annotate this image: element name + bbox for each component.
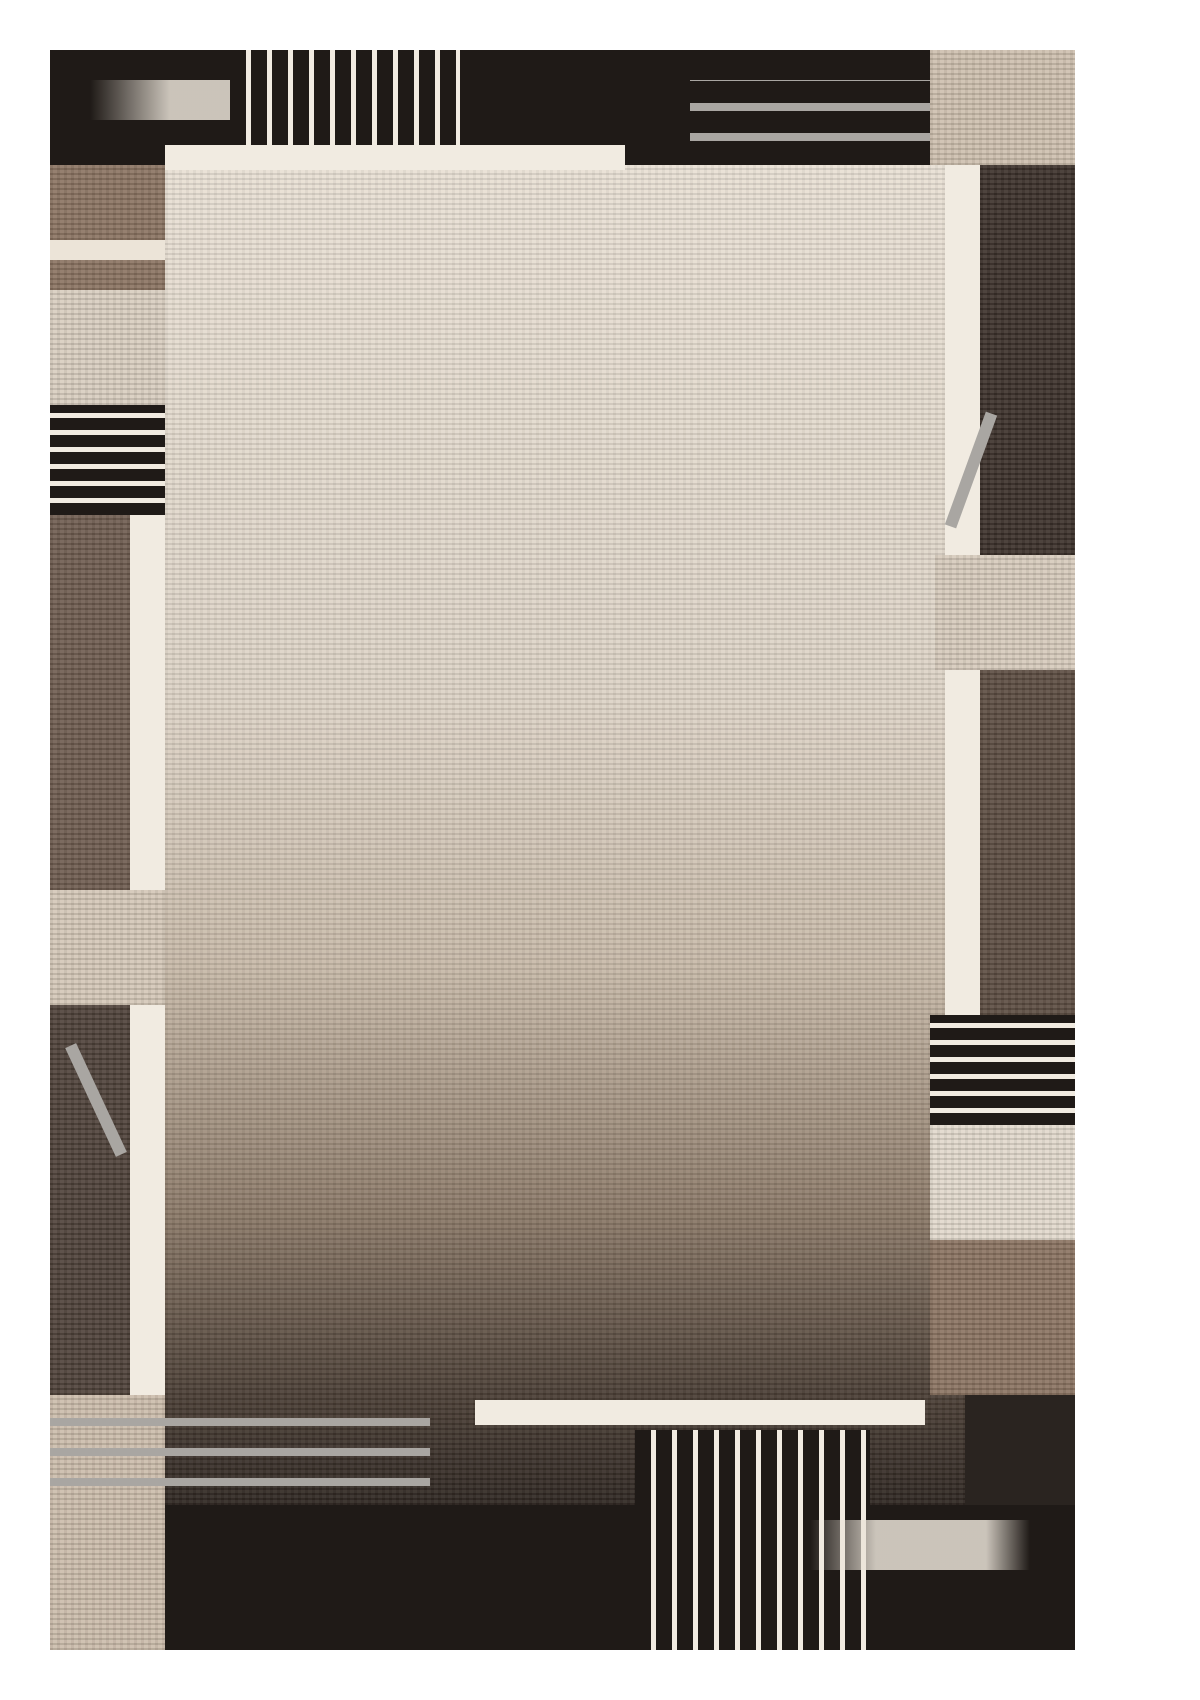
border-top-vertical-stripes bbox=[230, 50, 460, 145]
border-left-cream-streak bbox=[50, 240, 165, 260]
border-bottom-cream-bar bbox=[475, 1400, 925, 1425]
border-right-cream-bar-mid bbox=[945, 670, 980, 1015]
border-bottom-grey-streaks bbox=[50, 1415, 430, 1500]
rug-center-texture bbox=[165, 165, 965, 1505]
border-right-horizontal-stripes bbox=[930, 1015, 1075, 1125]
border-right-beige-lower bbox=[930, 1125, 1075, 1240]
border-left-mocha bbox=[50, 165, 165, 290]
border-left-cream-bar bbox=[130, 515, 165, 890]
border-left-horizontal-stripes bbox=[50, 405, 165, 515]
border-left-dark-field bbox=[50, 515, 130, 890]
border-right-mocha-lower bbox=[930, 1240, 1075, 1395]
border-left-beige bbox=[50, 290, 165, 405]
border-top-cream-bar bbox=[165, 145, 625, 170]
border-bottom-right-brush-stroke bbox=[810, 1520, 1030, 1570]
border-right-dark-mid bbox=[980, 670, 1075, 1015]
border-left-beige-mid bbox=[50, 890, 165, 1005]
rug bbox=[50, 50, 1075, 1650]
border-right-beige-mid bbox=[935, 555, 1075, 670]
border-right-dark-upper bbox=[980, 165, 1075, 555]
border-top-right-beige bbox=[930, 50, 1075, 165]
border-left-cream-bar-lower bbox=[130, 1005, 165, 1395]
border-left-dark-lower bbox=[50, 1005, 130, 1395]
